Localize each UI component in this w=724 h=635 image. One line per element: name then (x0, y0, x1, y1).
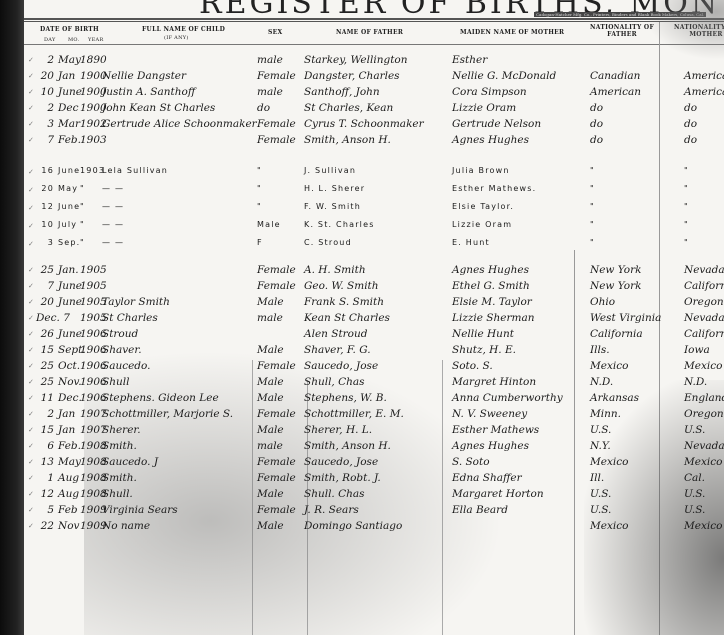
cell-child: Shaver. (102, 344, 142, 356)
cell-nat-father: American (590, 86, 641, 98)
cell-father: Dangster, Charles (304, 70, 400, 82)
table-row: ✓10July"— —MaleK. St. CharlesLizzie Oram… (24, 220, 724, 236)
cell-nat-mother: " (684, 202, 689, 211)
checkmark-icon: ✓ (28, 314, 34, 322)
cell-father: Smith, Anson H. (304, 440, 391, 452)
cell-sex: Male (257, 376, 284, 388)
table-row: ✓16June1903Lela Sullivan"J. SullivanJuli… (24, 166, 724, 182)
table-row: ✓13May1908Saucedo. JFemaleSaucedo, JoseS… (24, 456, 724, 472)
cell-nat-mother: U.S. (684, 504, 705, 516)
header-mother: MAIDEN NAME OF MOTHER (460, 29, 564, 36)
cell-day: 5 (36, 504, 54, 516)
header-year: YEAR (88, 37, 104, 43)
cell-nat-father: U.S. (590, 424, 611, 436)
table-row: ✓25Nov.1906ShullMaleShull, ChasMargret H… (24, 376, 724, 392)
cell-nat-mother: " (684, 166, 689, 175)
cell-day: 10 (36, 220, 54, 229)
cell-mother: Esther Mathews (452, 424, 539, 436)
cell-sex: " (257, 166, 262, 175)
cell-month: May (58, 456, 81, 468)
table-row: ✓10June1900Justin A. SanthoffmaleSanthof… (24, 86, 724, 102)
cell-nat-father: Minn. (590, 408, 621, 420)
cell-child: — — (102, 202, 124, 211)
cell-nat-mother: California (684, 328, 724, 340)
cell-father: Smith, Anson H. (304, 134, 391, 146)
checkmark-icon: ✓ (28, 56, 34, 64)
cell-father: Schottmiller, E. M. (304, 408, 404, 420)
header-father: NAME OF FATHER (336, 29, 403, 36)
cell-mother: Shutz, H. E. (452, 344, 516, 356)
cell-day: 15 (36, 344, 54, 356)
cell-child: Taylor Smith (102, 296, 170, 308)
cell-child: — — (102, 184, 124, 193)
cell-father: Cyrus T. Schoonmaker (304, 118, 424, 130)
cell-day: 11 (36, 392, 54, 404)
cell-father: F. W. Smith (304, 202, 361, 211)
cell-nat-father: U.S. (590, 488, 611, 500)
cell-sex: Male (257, 296, 284, 308)
cell-mother: Esther Mathews. (452, 184, 536, 193)
header-day: DAY (44, 37, 56, 43)
cell-month: Feb (58, 504, 78, 516)
cell-nat-mother: Mexico (684, 520, 722, 532)
cell-nat-father: New York (590, 264, 641, 276)
cell-nat-mother: Nevada (684, 264, 724, 276)
cell-nat-father: " (590, 220, 595, 229)
cell-child: No name (102, 520, 150, 532)
cell-sex: Male (257, 344, 284, 356)
cell-child: Schottmiller, Marjorie S. (102, 408, 233, 420)
header-sex: SEX (268, 29, 282, 36)
cell-nat-father: do (590, 134, 603, 146)
cell-sex: " (257, 184, 262, 193)
cell-nat-father: Ill. (590, 472, 604, 484)
cell-mother: E. Hunt (452, 238, 490, 247)
cell-nat-mother: " (684, 220, 689, 229)
cell-nat-mother: Mexico (684, 456, 722, 468)
cell-month: June (58, 280, 82, 292)
cell-father: Shull. Chas (304, 488, 365, 500)
cell-nat-mother: Iowa (684, 344, 710, 356)
cell-day: 2 (36, 408, 54, 420)
cell-month: Oct. (58, 360, 80, 372)
cell-nat-mother: do (684, 102, 697, 114)
table-row: ✓12Aug1908Shull.MaleShull. ChasMargaret … (24, 488, 724, 504)
cell-mother: Cora Simpson (452, 86, 527, 98)
cell-mother: Elsie M. Taylor (452, 296, 532, 308)
cell-mother: Margret Hinton (452, 376, 536, 388)
header-rule (24, 21, 724, 22)
checkmark-icon: ✓ (28, 186, 34, 194)
cell-day: 7 (36, 280, 54, 292)
cell-child: Smith. (102, 440, 137, 452)
cell-father: C. Stroud (304, 238, 352, 247)
cell-sex: Female (257, 280, 296, 292)
table-row: ✓5Feb1909Virginia SearsFemaleJ. R. Sears… (24, 504, 724, 520)
checkmark-icon: ✓ (28, 490, 34, 498)
checkmark-icon: ✓ (28, 474, 34, 482)
cell-father: Sherer, H. L. (304, 424, 372, 436)
cell-nat-father: Arkansas (590, 392, 639, 404)
cell-day: 20 (36, 296, 54, 308)
cell-year: " (80, 202, 85, 211)
cell-mother: Gertrude Nelson (452, 118, 541, 130)
cell-mother: N. V. Sweeney (452, 408, 527, 420)
cell-nat-father: Ills. (590, 344, 610, 356)
cell-father: A. H. Smith (304, 264, 366, 276)
cell-nat-father: do (590, 102, 603, 114)
cell-child: Saucedo. (102, 360, 151, 372)
cell-child: Nellie Dangster (102, 70, 186, 82)
table-row: ✓12June"— —"F. W. SmithElsie Taylor."" (24, 202, 724, 218)
cell-sex: F (257, 238, 263, 247)
cell-father: Saucedo, Jose (304, 360, 378, 372)
cell-day: 1 (36, 472, 54, 484)
table-row: ✓11Dec.1906Stephens. Gideon LeeMaleSteph… (24, 392, 724, 408)
cell-nat-mother: England (684, 392, 724, 404)
cell-month: Aug (58, 472, 79, 484)
cell-nat-mother: American (684, 86, 724, 98)
cell-month: Nov. (58, 376, 82, 388)
cell-father: K. St. Charles (304, 220, 375, 229)
cell-sex: Female (257, 264, 296, 276)
checkmark-icon: ✓ (28, 410, 34, 418)
cell-nat-father: N.Y. (590, 440, 611, 452)
cell-nat-father: Canadian (590, 70, 640, 82)
header-month: MO. (68, 37, 79, 43)
cell-nat-father: do (590, 118, 603, 130)
cell-month: June (58, 296, 82, 308)
cell-mother: Lizzie Oram (452, 220, 512, 229)
table-row: ✓22Nov1909No nameMaleDomingo SantiagoMex… (24, 520, 724, 536)
cell-month: Mar (58, 118, 80, 130)
book-binding (0, 0, 24, 635)
cell-mother: Edna Shaffer (452, 472, 522, 484)
cell-day: 2 (36, 102, 54, 114)
cell-nat-mother: Oregon (684, 408, 724, 420)
cell-father: Smith, Robt. J. (304, 472, 381, 484)
cell-day: 6 (36, 440, 54, 452)
cell-year: " (80, 238, 85, 247)
cell-sex: Male (257, 520, 284, 532)
cell-father: Shull, Chas (304, 376, 365, 388)
checkmark-icon: ✓ (28, 394, 34, 402)
cell-month: Jan (58, 408, 75, 420)
cell-mother: Ella Beard (452, 504, 508, 516)
table-row: ✓25Oct.1906Saucedo.FemaleSaucedo, JoseSo… (24, 360, 724, 376)
checkmark-icon: ✓ (28, 240, 34, 248)
table-row: ✓3Sep."— —FC. StroudE. Hunt"" (24, 238, 724, 254)
cell-month: Feb. (58, 134, 81, 146)
cell-child: Shull (102, 376, 129, 388)
cell-child: Virginia Sears (102, 504, 178, 516)
cell-child: St Charles (102, 312, 158, 324)
table-row: ✓7Feb.1903FemaleSmith, Anson H.Agnes Hug… (24, 134, 724, 150)
cell-day: Dec. 7 (36, 312, 54, 324)
cell-nat-father: Mexico (590, 520, 628, 532)
table-row: ✓Dec. 71905St CharlesmaleKean St Charles… (24, 312, 724, 328)
cell-nat-mother: Nevada (684, 312, 724, 324)
header-child-sub: (IF ANY) (164, 35, 189, 41)
cell-father: J. R. Sears (304, 504, 359, 516)
cell-child: Justin A. Santhoff (102, 86, 195, 98)
cell-mother: Agnes Hughes (452, 134, 529, 146)
cell-day: 12 (36, 488, 54, 500)
header-nat-father-line1: NATIONALITY OF (590, 24, 654, 31)
cell-sex: male (257, 86, 283, 98)
cell-mother: Ethel G. Smith (452, 280, 530, 292)
cell-day: 13 (36, 456, 54, 468)
cell-day: 25 (36, 376, 54, 388)
cell-child: Stroud (102, 328, 138, 340)
checkmark-icon: ✓ (28, 458, 34, 466)
header-rule (24, 18, 724, 20)
header-child: FULL NAME OF CHILD (142, 26, 225, 33)
cell-sex: male (257, 440, 283, 452)
cell-father: Domingo Santiago (304, 520, 402, 532)
checkmark-icon: ✓ (28, 282, 34, 290)
cell-child: Shull. (102, 488, 133, 500)
cell-day: 12 (36, 202, 54, 211)
cell-sex: Female (257, 472, 296, 484)
checkmark-icon: ✓ (28, 442, 34, 450)
table-row: ✓2May1890maleStarkey, WellingtonEsther (24, 54, 724, 70)
table-row: ✓20Jan1900Nellie DangsterFemaleDangster,… (24, 70, 724, 86)
checkmark-icon: ✓ (28, 362, 34, 370)
cell-month: Nov (58, 520, 79, 532)
cell-sex: " (257, 202, 262, 211)
cell-day: 15 (36, 424, 54, 436)
checkmark-icon: ✓ (28, 330, 34, 338)
cell-nat-father: California (590, 328, 643, 340)
cell-nat-father: " (590, 238, 595, 247)
cell-month: May (58, 54, 81, 66)
checkmark-icon: ✓ (28, 298, 34, 306)
cell-father: Stephens, W. B. (304, 392, 387, 404)
cell-father: Santhoff, John (304, 86, 380, 98)
cell-month: Jan (58, 70, 75, 82)
cell-father: St Charles, Kean (304, 102, 393, 114)
cell-nat-mother: N.D. (684, 376, 707, 388)
checkmark-icon: ✓ (28, 378, 34, 386)
checkmark-icon: ✓ (28, 426, 34, 434)
header-date-of-birth: DATE OF BIRTH (40, 26, 99, 33)
table-row: ✓20May"— —"H. L. ShererEsther Mathews."" (24, 184, 724, 200)
cell-nat-mother: " (684, 238, 689, 247)
cell-nat-father: " (590, 166, 595, 175)
cell-nat-father: Mexico (590, 360, 628, 372)
cell-sex: Male (257, 424, 284, 436)
table-row: ✓6Feb.1908Smith.maleSmith, Anson H.Agnes… (24, 440, 724, 456)
cell-day: 10 (36, 86, 54, 98)
table-row: ✓25Jan.1905FemaleA. H. SmithAgnes Hughes… (24, 264, 724, 280)
cell-nat-father: Ohio (590, 296, 615, 308)
cell-father: Kean St Charles (304, 312, 390, 324)
table-row: ✓3Mar1902Gertrude Alice SchoonmakerFemal… (24, 118, 724, 134)
cell-nat-mother: Oregon (684, 296, 724, 308)
table-row: ✓26June1906StroudAlen StroudNellie HuntC… (24, 328, 724, 344)
cell-month: Feb. (58, 440, 81, 452)
checkmark-icon: ✓ (28, 168, 34, 176)
cell-nat-father: " (590, 184, 595, 193)
cell-month: July (58, 220, 77, 229)
cell-mother: Elsie Taylor. (452, 202, 514, 211)
checkmark-icon: ✓ (28, 506, 34, 514)
cell-day: 7 (36, 134, 54, 146)
cell-sex: do (257, 102, 270, 114)
cell-month: June (58, 202, 80, 211)
cell-month: Aug (58, 488, 79, 500)
header-nat-mother-line2: MOTHER (674, 31, 724, 38)
checkmark-icon: ✓ (28, 266, 34, 274)
cell-month: June (58, 86, 82, 98)
cell-child: — — (102, 238, 124, 247)
cell-month: Sep. (58, 238, 80, 247)
cell-month: May (58, 184, 78, 193)
cell-day: 16 (36, 166, 54, 175)
checkmark-icon: ✓ (28, 346, 34, 354)
cell-child: Stephens. Gideon Lee (102, 392, 219, 404)
cell-nat-father: " (590, 202, 595, 211)
cell-nat-mother: U.S. (684, 488, 705, 500)
cell-mother: Julia Brown (452, 166, 510, 175)
header-nat-mother: NATIONALITY OF MOTHER (674, 24, 724, 38)
cell-month: Dec (58, 102, 79, 114)
header-rule (24, 44, 724, 45)
cell-nat-mother: Cal. (684, 472, 705, 484)
table-row: ✓7June1905FemaleGeo. W. SmithEthel G. Sm… (24, 280, 724, 296)
cell-nat-mother: American (684, 70, 724, 82)
cell-mother: S. Soto (452, 456, 490, 468)
cell-year: 1905 (80, 280, 107, 292)
header-nat-father-line2: FATHER (590, 31, 654, 38)
cell-father: Saucedo, Jose (304, 456, 378, 468)
table-row: ✓15Sept.1906Shaver.MaleShaver, F. G.Shut… (24, 344, 724, 360)
checkmark-icon: ✓ (28, 72, 34, 80)
cell-sex: Female (257, 504, 296, 516)
checkmark-icon: ✓ (28, 136, 34, 144)
checkmark-icon: ✓ (28, 120, 34, 128)
cell-mother: Agnes Hughes (452, 440, 529, 452)
table-row: ✓2Jan1907Schottmiller, Marjorie S.Female… (24, 408, 724, 424)
cell-year: " (80, 220, 85, 229)
table-row: ✓20June1905Taylor SmithMaleFrank S. Smit… (24, 296, 724, 312)
cell-nat-father: U.S. (590, 504, 611, 516)
header-nat-mother-line1: NATIONALITY OF (674, 24, 724, 31)
cell-sex: male (257, 54, 283, 66)
cell-sex: Female (257, 134, 296, 146)
cell-father: Frank S. Smith (304, 296, 384, 308)
cell-day: 25 (36, 264, 54, 276)
cell-mother: Agnes Hughes (452, 264, 529, 276)
cell-nat-mother: do (684, 118, 697, 130)
cell-sex: Female (257, 456, 296, 468)
cell-child: Smith. (102, 472, 137, 484)
cell-mother: Esther (452, 54, 487, 66)
table-row: ✓1Aug1908Smith.FemaleSmith, Robt. J.Edna… (24, 472, 724, 488)
cell-day: 22 (36, 520, 54, 532)
cell-mother: Anna Cumberworthy (452, 392, 563, 404)
checkmark-icon: ✓ (28, 104, 34, 112)
cell-month: Dec. (58, 392, 82, 404)
cell-day: 25 (36, 360, 54, 372)
cell-child: John Kean St Charles (102, 102, 215, 114)
cell-year: 1890 (80, 54, 107, 66)
cell-sex: Female (257, 360, 296, 372)
cell-nat-mother: Nevada (684, 440, 724, 452)
checkmark-icon: ✓ (28, 522, 34, 530)
cell-nat-mother: U.S. (684, 424, 705, 436)
cell-nat-mother: Mexico (684, 360, 722, 372)
cell-sex: Female (257, 408, 296, 420)
cell-mother: Lizzie Sherman (452, 312, 534, 324)
cell-nat-mother: do (684, 134, 697, 146)
cell-day: 2 (36, 54, 54, 66)
table-row: ✓2Dec1900John Kean St CharlesdoSt Charle… (24, 102, 724, 118)
cell-nat-father: West Virginia (590, 312, 661, 324)
cell-child: Saucedo. J (102, 456, 158, 468)
cell-month: June (58, 166, 80, 175)
checkmark-icon: ✓ (28, 204, 34, 212)
cell-father: Alen Stroud (304, 328, 368, 340)
cell-sex: Male (257, 392, 284, 404)
cell-child: Lela Sullivan (102, 166, 168, 175)
cell-child: Gertrude Alice Schoonmaker (102, 118, 257, 130)
cell-mother: Nellie Hunt (452, 328, 514, 340)
cell-nat-mother: California (684, 280, 724, 292)
cell-day: 20 (36, 184, 54, 193)
cell-year: " (80, 184, 85, 193)
cell-mother: Soto. S. (452, 360, 493, 372)
cell-sex: Female (257, 118, 296, 130)
checkmark-icon: ✓ (28, 88, 34, 96)
printer-imprint: Cadogan-Hatcher Mfg. Co., Printers, Bind… (534, 12, 706, 17)
cell-nat-father: N.D. (590, 376, 613, 388)
cell-father: H. L. Sherer (304, 184, 365, 193)
cell-father: Geo. W. Smith (304, 280, 379, 292)
cell-father: Starkey, Wellington (304, 54, 408, 66)
cell-mother: Nellie G. McDonald (452, 70, 556, 82)
cell-father: Shaver, F. G. (304, 344, 371, 356)
cell-day: 3 (36, 118, 54, 130)
cell-day: 20 (36, 70, 54, 82)
cell-mother: Lizzie Oram (452, 102, 516, 114)
cell-father: J. Sullivan (304, 166, 356, 175)
cell-child: — — (102, 220, 124, 229)
cell-child: Sherer. (102, 424, 141, 436)
cell-day: 26 (36, 328, 54, 340)
cell-sex: Male (257, 220, 281, 229)
cell-day: 3 (36, 238, 54, 247)
header-nat-father: NATIONALITY OF FATHER (590, 24, 654, 38)
cell-month: Jan. (58, 264, 79, 276)
table-row: ✓15Jan1907Sherer.MaleSherer, H. L.Esther… (24, 424, 724, 440)
cell-year: 1903 (80, 134, 107, 146)
cell-month: Jan (58, 424, 75, 436)
cell-sex: Male (257, 488, 284, 500)
cell-mother: Margaret Horton (452, 488, 544, 500)
cell-sex: male (257, 312, 283, 324)
cell-nat-mother: " (684, 184, 689, 193)
cell-nat-father: Mexico (590, 456, 628, 468)
register-page: REGISTER OF BIRTHS, MONTH COUNTY Cadogan… (24, 0, 724, 635)
cell-sex: Female (257, 70, 296, 82)
cell-nat-father: New York (590, 280, 641, 292)
cell-month: June (58, 328, 82, 340)
checkmark-icon: ✓ (28, 222, 34, 230)
cell-year: 1905 (80, 264, 107, 276)
